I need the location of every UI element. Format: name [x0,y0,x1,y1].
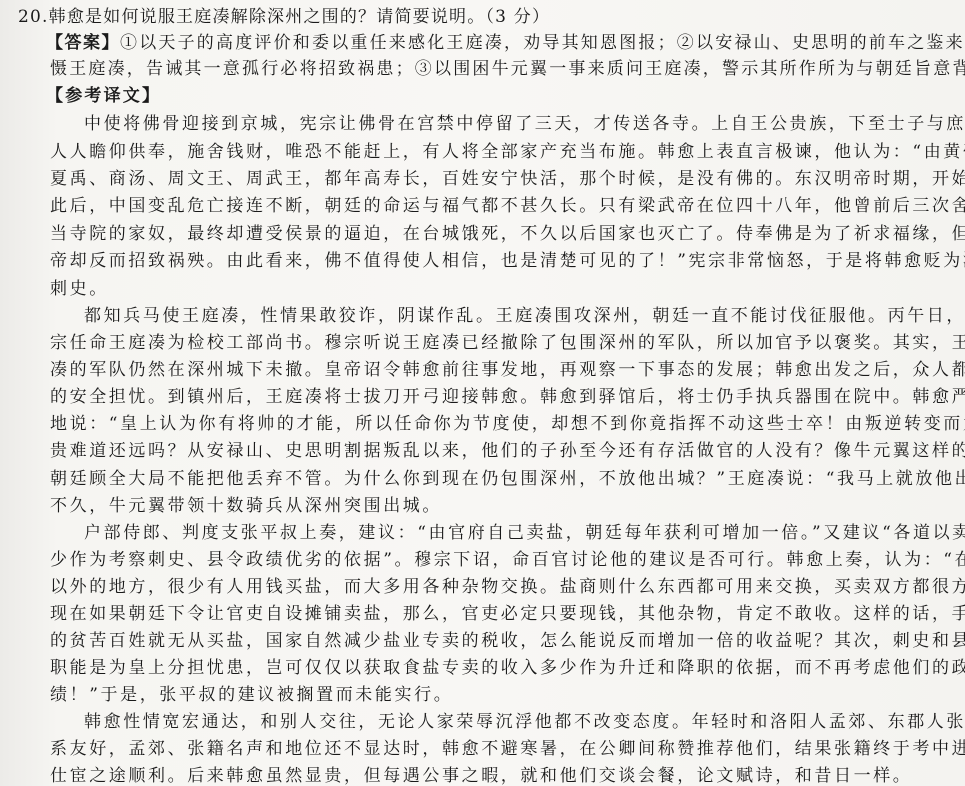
translation-line: 地说：“皇上认为你有将帅的才能，所以任命你为节度使，却想不到你竟指挥不动这些士卒… [50,411,965,437]
translation-line: 的贫苦百姓就无从买盐，国家自然减少盐业专卖的税收，怎么能说反而增加一倍的收益呢？… [50,628,965,654]
translation-line: 朝廷顾全大局不能把他丢弃不管。为什么你到现在仍包围深州，不放他出城？”王庭凑说：… [50,466,965,492]
translation-line: 不久，牛元翼带领十数骑兵从深州突围出城。 [50,493,442,519]
answer-label: 【答案】 [46,33,120,53]
translation-line: 以外的地方，很少有人用钱买盐，而大多用各种杂物交换。盐商则什么东西都可用来交换，… [50,574,965,600]
translation-line: 都知兵马使王庭凑，性情果敢狡诈，阴谋作乱。王庭凑围攻深州，朝廷一直不能讨伐征服他… [84,303,965,329]
translation-line: 人人瞻仰供奉，施舍钱财，唯恐不能赶上，有人将全部家产充当布施。韩愈上表直言极谏，… [50,139,965,165]
question-text: 韩愈是如何说服王庭凑解除深州之围的？请简要说明。 [49,7,486,27]
translation-label: 【参考译文】 [46,83,161,109]
scanned-document-page: 20.韩愈是如何说服王庭凑解除深州之围的？请简要说明。（3 分） 【答案】①以天… [0,0,965,786]
translation-line: 仕宦之途顺利。后来韩愈虽然显贵，但每遇公事之暇，就和他们交谈会餐，论文赋诗，和昔… [50,763,912,786]
translation-line: 户部侍郎、判度支张平叔上奏，建议：“由官府自己卖盐，朝廷每年获利可增加一倍。”又… [84,520,965,546]
translation-line: 系友好，孟郊、张籍名声和地位还不显达时，韩愈不避寒暑，在公卿间称赞推荐他们，结果… [50,736,965,762]
translation-line: 职能是为皇上分担忧患，岂可仅仅以获取食盐专卖的收入多少作为升迁和降职的依据，而不… [50,655,965,681]
answer-line-1: 【答案】①以天子的高度评价和委以重任来感化王庭凑，劝导其知恩图报；②以安禄山、史… [46,30,965,56]
translation-line: 贵难道还远吗？从安禄山、史思明割据叛乱以来，他们的子孙至今还有存活做官的人没有？… [50,438,965,464]
translation-line: 凑的军队仍然在深州城下未撤。皇帝诏令韩愈前往事发地，再观察一下事态的发展；韩愈出… [50,357,965,383]
question-number: 20. [18,7,49,27]
translation-line: 宗任命王庭凑为检校工部尚书。穆宗听说王庭凑已经撤除了包围深州的军队，所以加官予以… [50,330,965,356]
translation-line: 现在如果朝廷下令让官吏自设摊铺卖盐，那么，官吏必定只要现钱，其他杂物，肯定不敢收… [50,601,965,627]
translation-line: 少作为考察刺史、县令政绩优劣的依据”。穆宗下诏，命百官讨论他的建议是否可行。韩愈… [50,547,965,573]
question-line: 20.韩愈是如何说服王庭凑解除深州之围的？请简要说明。（3 分） [18,4,550,30]
translation-line: 韩愈性情宽宏通达，和别人交往，无论人家荣辱沉浮他都不改变态度。年轻时和洛阳人孟郊… [84,709,965,735]
translation-line: 绩！”于是，张平叔的建议被搁置而未能实行。 [50,682,453,708]
answer-text-1: ①以天子的高度评价和委以重任来感化王庭凑，劝导其知恩图报；②以安禄山、史思明的前… [120,33,965,53]
translation-line: 刺史。 [50,276,109,302]
question-score: （3 分） [485,7,550,27]
answer-line-2: 慑王庭凑，告诫其一意孤行必将招致祸患；③以围困牛元翼一事来质问王庭凑，警示其所作… [50,56,965,82]
translation-line: 夏禹、商汤、周文王、周武王，都年高寿长，百姓安宁快活，那个时候，是没有佛的。东汉… [50,166,965,192]
translation-line: 此后，中国变乱危亡接连不断，朝廷的命运与福气都不甚久长。只有梁武帝在位四十八年，… [50,193,965,219]
translation-line: 中使将佛骨迎接到京城，宪宗让佛骨在宫禁中停留了三天，才传送各寺。上自王公贵族，下… [84,111,965,137]
translation-line: 的安全担忧。到镇州后，王庭凑将士拔刀开弓迎接韩愈。韩愈到驿馆后，将士仍手执兵器围… [50,384,965,410]
translation-line: 当寺院的家奴，最终却遭受侯景的逼迫，在台城饿死，不久以后国家也灭亡了。侍奉佛是为… [50,221,965,247]
translation-line: 帝却反而招致祸殃。由此看来，佛不值得使人相信，也是清楚可见的了！”宪宗非常恼怒，… [50,248,965,274]
